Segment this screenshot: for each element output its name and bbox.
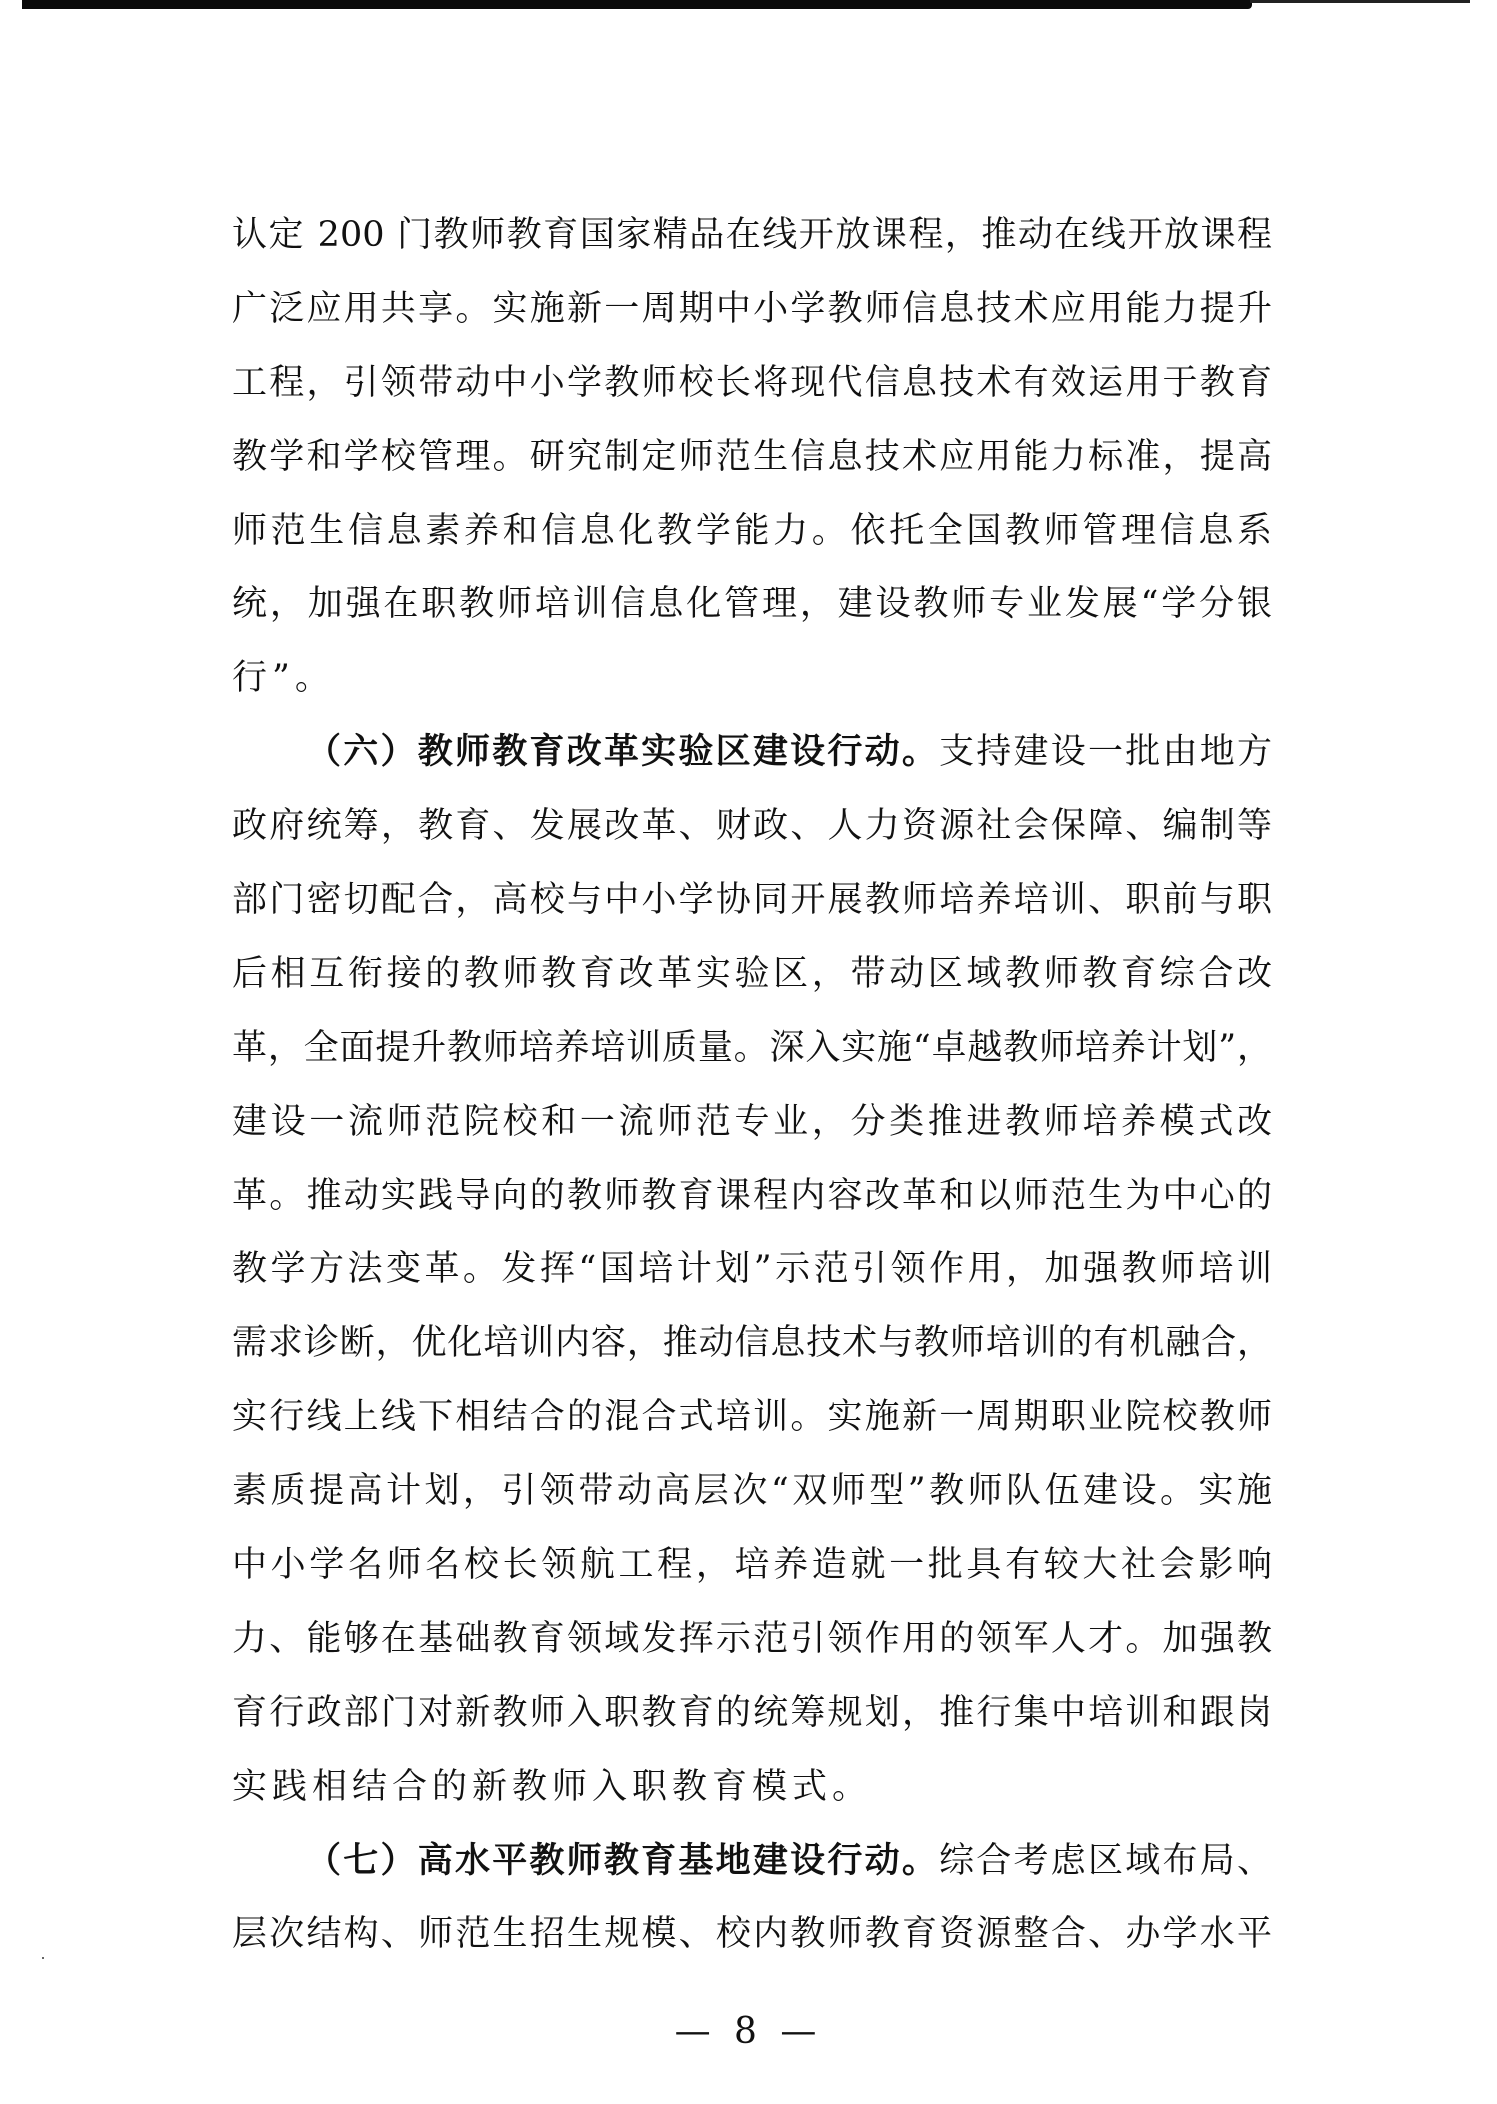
text-line: 革。推动实践导向的教师教育课程内容改革和以师范生为中心的 xyxy=(232,1174,1272,1248)
scan-edge-border-thin xyxy=(1250,0,1470,3)
text-line: 部门密切配合，高校与中小学协同开展教师培养培训、职前与职 xyxy=(232,878,1272,952)
document-body: 认定 200 门教师教育国家精品在线开放课程，推动在线开放课程 广泛应用共享。实… xyxy=(232,213,1272,1986)
scan-edge-border xyxy=(22,0,1252,9)
section-7-lead-text: 综合考虑区域布局、 xyxy=(939,1841,1272,1881)
text-line: 建设一流师范院校和一流师范专业，分类推进教师培养模式改 xyxy=(232,1100,1272,1174)
text-line: 需求诊断，优化培训内容，推动信息技术与教师培训的有机融合， xyxy=(232,1321,1272,1395)
text-line: 工程，引领带动中小学教师校长将现代信息技术有效运用于教育 xyxy=(232,361,1272,435)
section-6-lead-text: 支持建设一批由地方 xyxy=(939,732,1272,772)
text-line: 实行线上线下相结合的混合式培训。实施新一周期职业院校教师 xyxy=(232,1395,1272,1469)
text-line: 政府统筹，教育、发展改革、财政、人力资源社会保障、编制等 xyxy=(232,804,1272,878)
text-line: 中小学名师名校长领航工程，培养造就一批具有较大社会影响 xyxy=(232,1543,1272,1617)
text-line: 统，加强在职教师培训信息化管理，建设教师专业发展“学分银 xyxy=(232,582,1272,656)
scan-speck xyxy=(42,1957,44,1959)
text-line: 教学和学校管理。研究制定师范生信息技术应用能力标准，提高 xyxy=(232,435,1272,509)
text-line: 育行政部门对新教师入职教育的统筹规划，推行集中培训和跟岗 xyxy=(232,1691,1272,1765)
text-line: 革，全面提升教师培养培训质量。深入实施“卓越教师培养计划”， xyxy=(232,1026,1272,1100)
text-line: 行”。 xyxy=(232,656,1272,730)
section-7-heading: （七）高水平教师教育基地建设行动。 xyxy=(306,1840,939,1881)
text-line: 力、能够在基础教育领域发挥示范引领作用的领军人才。加强教 xyxy=(232,1617,1272,1691)
text-line: 素质提高计划，引领带动高层次“双师型”教师队伍建设。实施 xyxy=(232,1469,1272,1543)
text-line: 广泛应用共享。实施新一周期中小学教师信息技术应用能力提升 xyxy=(232,287,1272,361)
text-line: 师范生信息素养和信息化教学能力。依托全国教师管理信息系 xyxy=(232,509,1272,583)
text-line: 教学方法变革。发挥“国培计划”示范引领作用，加强教师培训 xyxy=(232,1247,1272,1321)
page-number: — 8 — xyxy=(0,2012,1497,2052)
section-6-first-line: （六）教师教育改革实验区建设行动。支持建设一批由地方 xyxy=(232,730,1272,804)
text-line: 后相互衔接的教师教育改革实验区，带动区域教师教育综合改 xyxy=(232,952,1272,1026)
section-7-first-line: （七）高水平教师教育基地建设行动。综合考虑区域布局、 xyxy=(232,1839,1272,1913)
text-line: 实践相结合的新教师入职教育模式。 xyxy=(232,1765,1272,1839)
text-line: 层次结构、师范生招生规模、校内教师教育资源整合、办学水平 xyxy=(232,1912,1272,1986)
text-line: 认定 200 门教师教育国家精品在线开放课程，推动在线开放课程 xyxy=(232,213,1272,287)
section-6-heading: （六）教师教育改革实验区建设行动。 xyxy=(306,731,939,772)
